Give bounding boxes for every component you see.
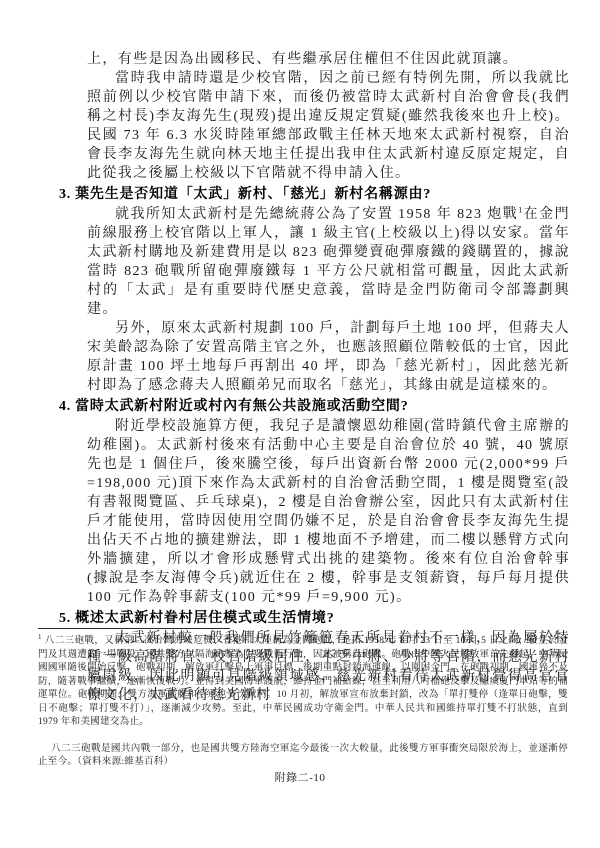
footnote-1-marker: 1 [38, 633, 42, 641]
footnote-1-text: 八二三砲戰，又稱第二次台灣海峽危機、香港和大陸稱為金門砲戰，是指 1958 年 … [38, 636, 568, 727]
question-4-heading: 4.當時太武新村附近或村內有無公共設施或活動空間? [59, 397, 570, 416]
question-3-answer-paragraph-2: 另外，原來太武新村規劃 100 戶，計劃每戶土地 100 坪，但蔣夫人宋美齡認為… [87, 319, 570, 395]
question-3-answer-paragraph-1: 就我所知太武新村是先總統蔣公為了安置 1958 年 823 炮戰1在金門前線服務… [87, 205, 570, 319]
paragraph-continuation: 上，有些是因為出國移民、有些繼承居住權但不住因此就頂讓。 [87, 50, 570, 69]
footnotes-section: 1八二三砲戰，又稱第二次台灣海峽危機、香港和大陸稱為金門砲戰，是指 1958 年… [38, 628, 568, 770]
footnote-1: 1八二三砲戰，又稱第二次台灣海峽危機、香港和大陸稱為金門砲戰，是指 1958 年… [38, 635, 568, 730]
question-block-3: 3.葉先生是否知道「太武」新村、「慈光」新村名稱源由? 就我所知太武新村是先總統… [87, 185, 570, 395]
question-3-heading: 3.葉先生是否知道「太武」新村、「慈光」新村名稱源由? [59, 185, 570, 204]
answer-text: 在金門前線服務上校官階以上軍人，讓 1 級主官(上校級以上)得以安家。當年太武新… [87, 207, 570, 317]
paragraph-intro: 當時我申請時還是少校官階，因之前已經有特例先開，所以我就比照前例以少校官階申請下… [87, 69, 570, 183]
question-4-title: 當時太武新村附近或村內有無公共設施或活動空間? [75, 399, 408, 414]
footnote-separator [38, 628, 230, 629]
question-block-4: 4.當時太武新村附近或村內有無公共設施或活動空間? 附近學校設施算方便，我兒子是… [87, 397, 570, 607]
question-5-heading: 5.概述太武新村眷村居住模式或生活情境? [59, 609, 570, 628]
footnote-1-paragraph-2: 八二三砲戰是國共內戰一部分，也是國共雙方陸海空軍迄今最後一次大較量，此後雙方軍事… [38, 743, 568, 770]
answer-text: 就我所知太武新村是先總統蔣公為了安置 1958 年 823 炮戰 [115, 207, 518, 222]
question-3-number: 3. [59, 187, 71, 202]
question-4-answer-paragraph-1: 附近學校設施算方便，我兒子是讀懷恩幼稚園(當時鎮代會主席辦的幼稚園)。太武新村後… [87, 417, 570, 607]
main-text-block: 上，有些是因為出國移民、有些繼承居住權但不住因此就頂讓。 當時我申請時還是少校官… [38, 50, 570, 705]
question-5-title: 概述太武新村眷村居住模式或生活情境? [75, 611, 334, 626]
page-footer: 附錄二-10 [0, 769, 600, 785]
question-5-number: 5. [59, 611, 71, 626]
document-page: 上，有些是因為出國移民、有些繼承居住權但不住因此就頂讓。 當時我申請時還是少校官… [0, 0, 600, 848]
question-3-title: 葉先生是否知道「太武」新村、「慈光」新村名稱源由? [75, 187, 431, 202]
question-4-number: 4. [59, 399, 71, 414]
